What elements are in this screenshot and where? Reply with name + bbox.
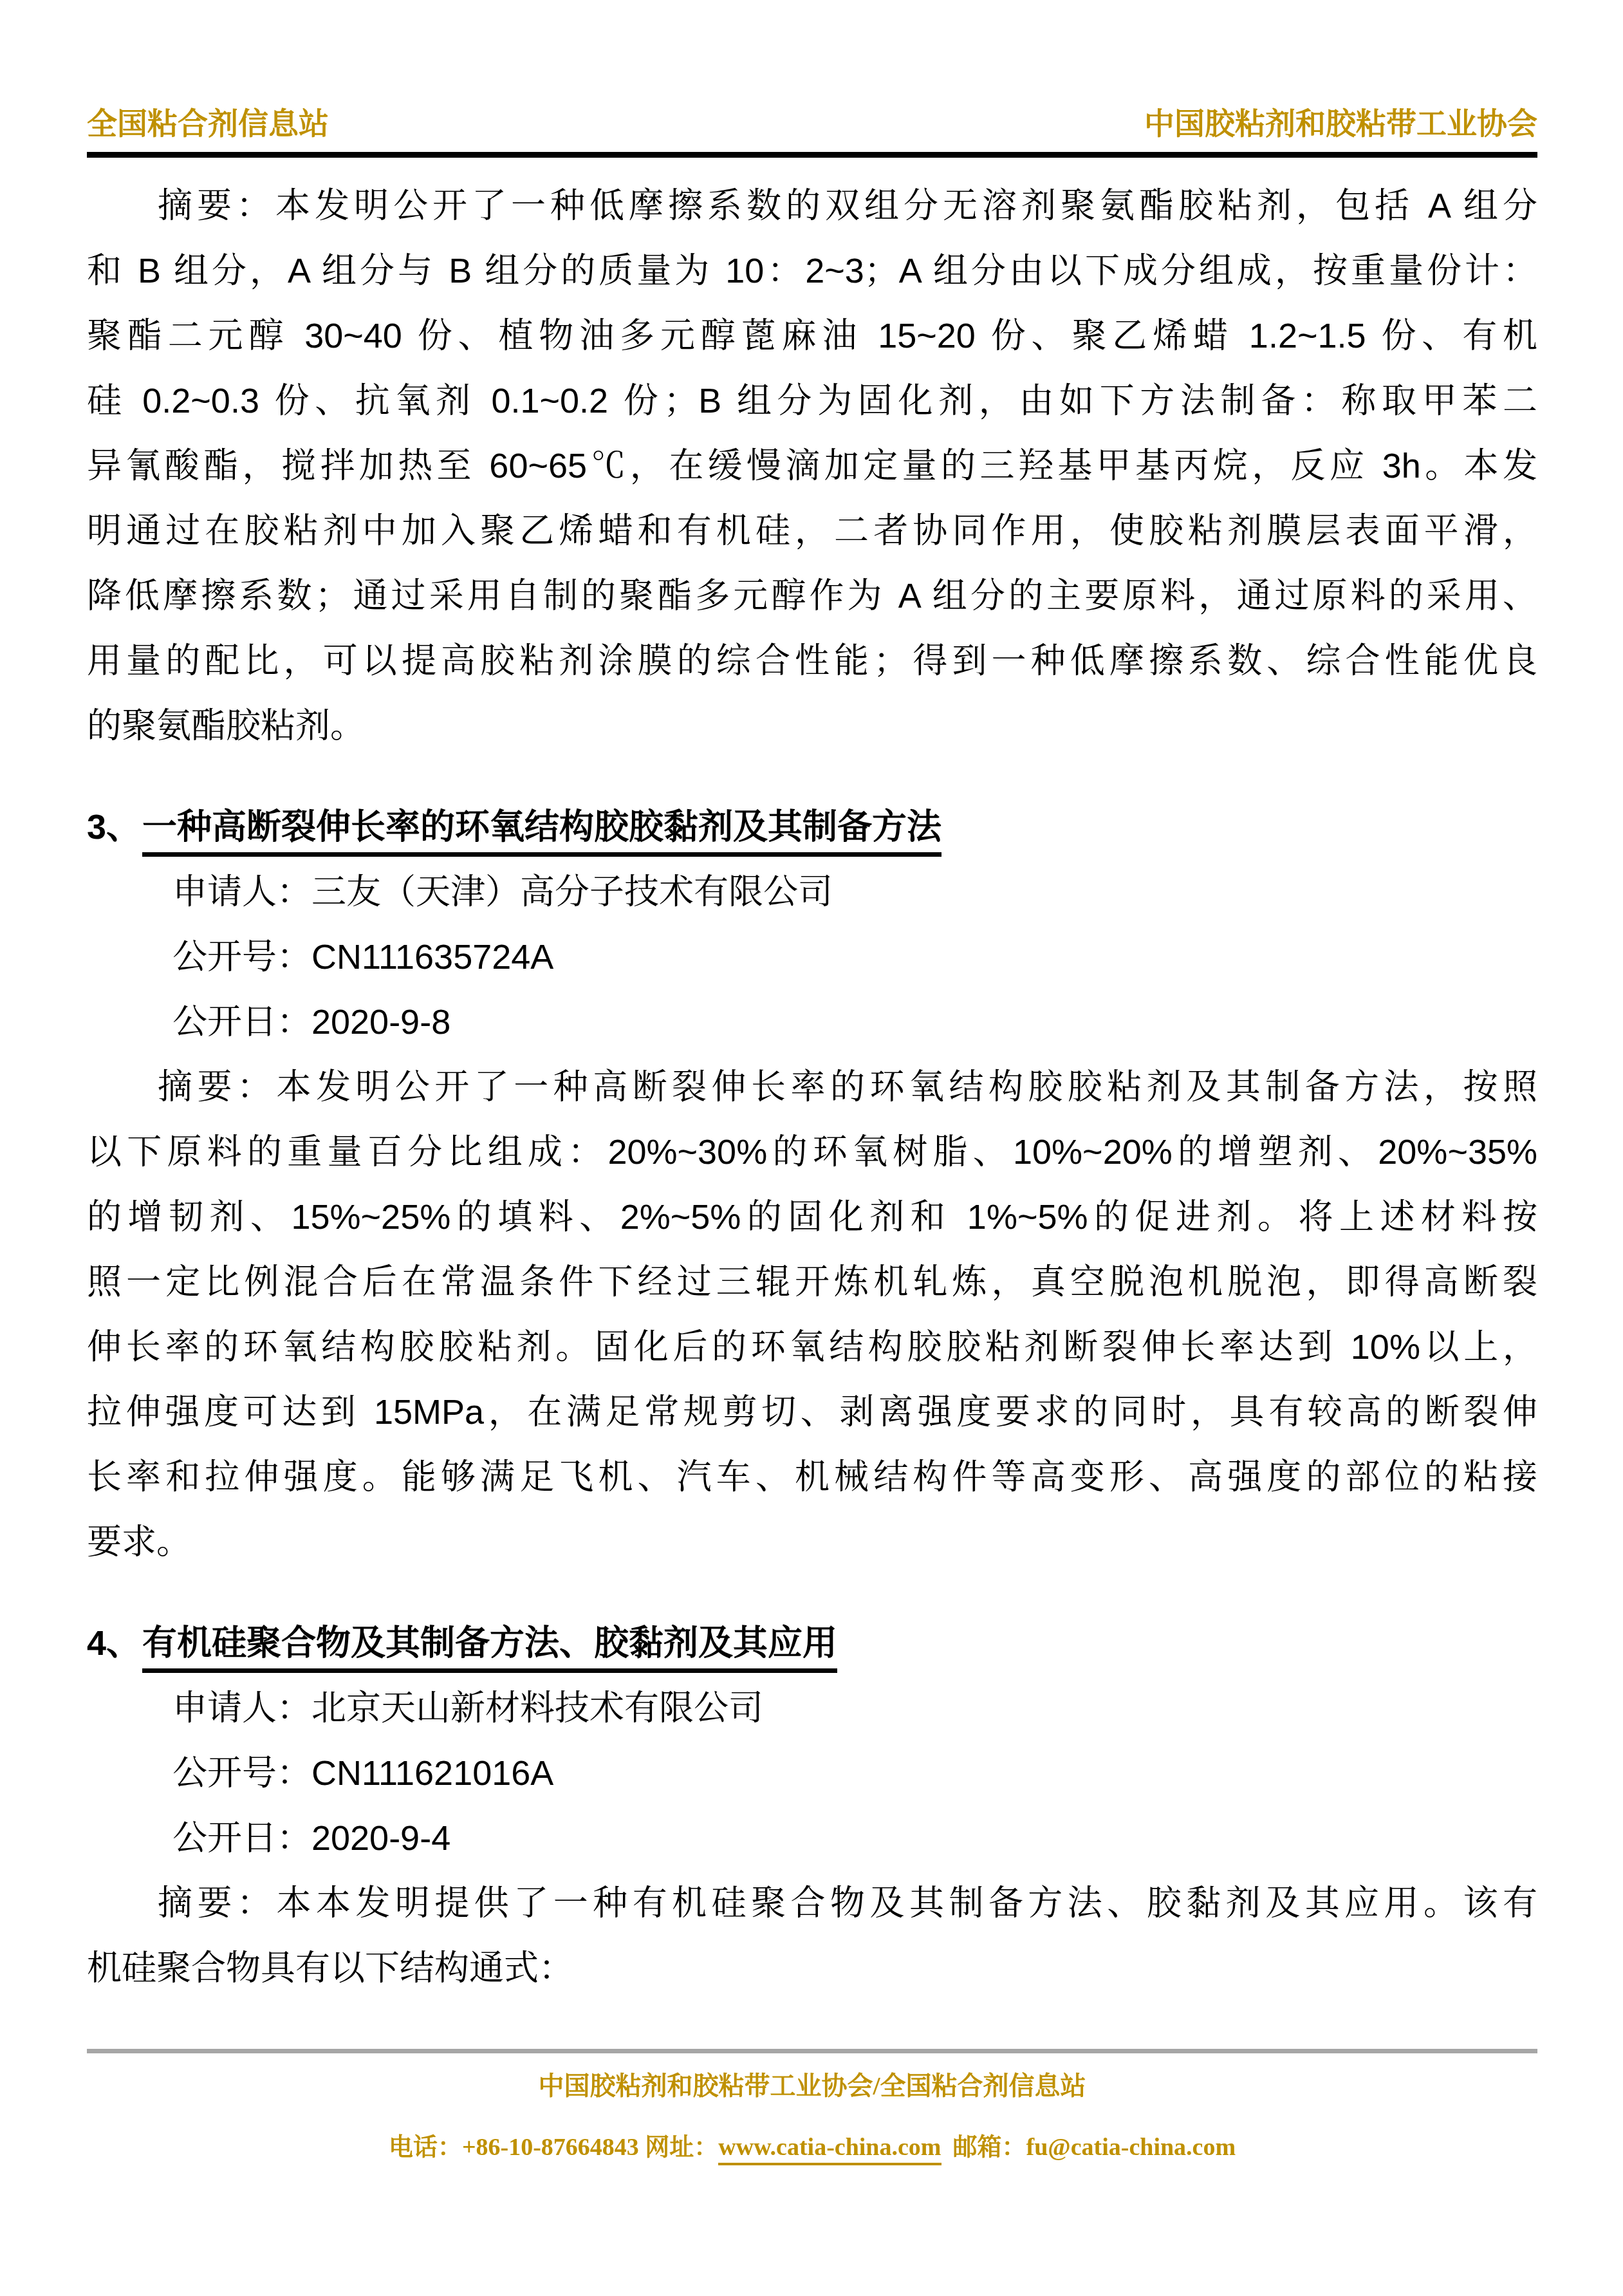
page-footer: 中国胶粘剂和胶粘带工业协会/全国粘合剂信息站 电话：+86-10-8766484… [87,2049,1537,2163]
abstract-line: 和 B 组分，A 组分与 B 组分的质量为 10：2~3；A 组分由以下成分组成… [87,239,1537,304]
abstract-line: 摘要：本发明公开了一种低摩擦系数的双组分无溶剂聚氨酯胶粘剂，包括 A 组分 [87,174,1537,239]
document-page: 全国粘合剂信息站 中国胶粘剂和胶粘带工业协会 摘要：本发明公开了一种低摩擦系数的… [0,0,1623,2296]
document-body: 摘要：本发明公开了一种低摩擦系数的双组分无溶剂聚氨酯胶粘剂，包括 A 组分 和 … [87,174,1537,2001]
abstract-line: 伸长率的环氧结构胶胶粘剂。固化后的环氧结构胶胶粘剂断裂伸长率达到 10%以上， [87,1315,1537,1380]
patent-4-abstract: 摘要：本本发明提供了一种有机硅聚合物及其制备方法、胶黏剂及其应用。该有 机硅聚合… [87,1871,1537,2001]
footer-email: 邮箱：fu@catia-china.com [953,2134,1236,2161]
abstract-line: 长率和拉伸强度。能够满足飞机、汽车、机械结构件等高变形、高强度的部位的粘接 [87,1445,1537,1510]
abstract-line: 异氰酸酯，搅拌加热至 60~65℃，在缓慢滴加定量的三羟基甲基丙烷，反应 3h。… [87,434,1537,499]
footer-contact: 电话：+86-10-87664843 网址：www.catia-china.co… [87,2132,1537,2163]
patent-3-index: 3、 [87,808,142,846]
abstract-line: 照一定比例混合后在常温条件下经过三辊开炼机轧炼，真空脱泡机脱泡，即得高断裂 [87,1250,1537,1315]
abstract-line: 用量的配比，可以提高胶粘剂涂膜的综合性能；得到一种低摩擦系数、综合性能优良 [87,629,1537,694]
footer-organization: 中国胶粘剂和胶粘带工业协会/全国粘合剂信息站 [87,2070,1537,2102]
patent-3-abstract: 摘要：本发明公开了一种高断裂伸长率的环氧结构胶胶粘剂及其制备方法，按照 以下原料… [87,1055,1537,1575]
patent-4-publication-number: 公开号：CN111621016A [87,1741,1537,1806]
patent-4-applicant: 申请人：北京天山新材料技术有限公司 [87,1676,1537,1741]
patent-3-publication-number: 公开号：CN111635724A [87,925,1537,990]
abstract-line: 机硅聚合物具有以下结构通式： [87,1936,1537,2001]
abstract-line: 要求。 [87,1510,1537,1575]
abstract-line: 聚酯二元醇 30~40 份、植物油多元醇蓖麻油 15~20 份、聚乙烯蜡 1.2… [87,304,1537,369]
abstract-line: 硅 0.2~0.3 份、抗氧剂 0.1~0.2 份；B 组分为固化剂，由如下方法… [87,369,1537,434]
header-left-title: 全国粘合剂信息站 [87,107,329,142]
patent-4-index: 4、 [87,1624,142,1663]
abstract-line: 以下原料的重量百分比组成：20%~30%的环氧树脂、10%~20%的增塑剂、20… [87,1120,1537,1185]
footer-phone-and-web-label: 电话：+86-10-87664843 网址： [389,2134,718,2161]
abstract-line: 的聚氨酯胶粘剂。 [87,694,1537,759]
patent-3-heading: 3、一种高断裂伸长率的环氧结构胶胶黏剂及其制备方法 [87,795,1537,860]
website-link[interactable]: www.catia-china.com [718,2134,941,2165]
patent-4-heading: 4、有机硅聚合物及其制备方法、胶黏剂及其应用 [87,1611,1537,1676]
abstract-line: 明通过在胶粘剂中加入聚乙烯蜡和有机硅，二者协同作用，使胶粘剂膜层表面平滑， [87,499,1537,564]
header-right-title: 中国胶粘剂和胶粘带工业协会 [1144,107,1537,142]
patent-2-abstract: 摘要：本发明公开了一种低摩擦系数的双组分无溶剂聚氨酯胶粘剂，包括 A 组分 和 … [87,174,1537,759]
patent-3-title: 一种高断裂伸长率的环氧结构胶胶黏剂及其制备方法 [142,808,941,857]
patent-4-publication-date: 公开日：2020-9-4 [87,1806,1537,1871]
patent-3-applicant: 申请人：三友（天津）高分子技术有限公司 [87,860,1537,925]
abstract-line: 降低摩擦系数；通过采用自制的聚酯多元醇作为 A 组分的主要原料，通过原料的采用、 [87,564,1537,629]
abstract-line: 摘要：本发明公开了一种高断裂伸长率的环氧结构胶胶粘剂及其制备方法，按照 [87,1055,1537,1120]
page-header: 全国粘合剂信息站 中国胶粘剂和胶粘带工业协会 [87,107,1537,158]
abstract-line: 摘要：本本发明提供了一种有机硅聚合物及其制备方法、胶黏剂及其应用。该有 [87,1871,1537,1936]
abstract-line: 的增韧剂、15%~25%的填料、2%~5%的固化剂和 1%~5%的促进剂。将上述… [87,1185,1537,1250]
patent-4-title: 有机硅聚合物及其制备方法、胶黏剂及其应用 [142,1624,837,1673]
abstract-line: 拉伸强度可达到 15MPa，在满足常规剪切、剥离强度要求的同时，具有较高的断裂伸 [87,1380,1537,1445]
patent-3-publication-date: 公开日：2020-9-8 [87,990,1537,1055]
